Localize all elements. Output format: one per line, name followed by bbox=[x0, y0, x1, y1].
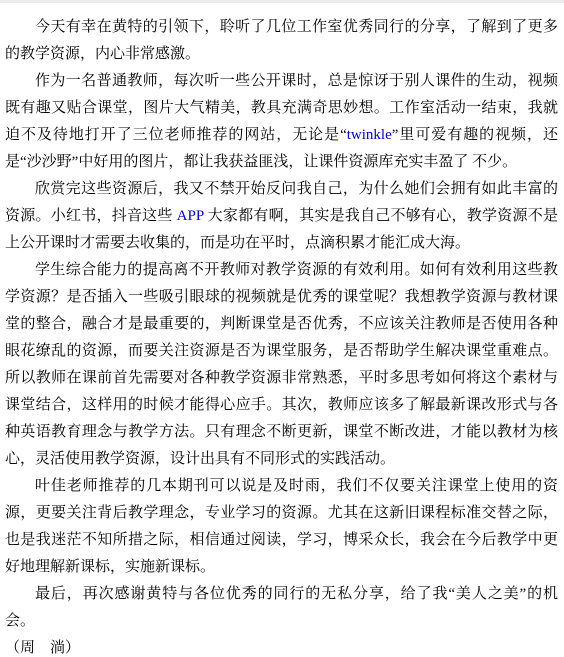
text-run: 学生综合能力的提高离不开教师对教学资源的有效利用。如何有效利用这些教学资源？是否… bbox=[5, 262, 558, 467]
paragraph: 作为一名普通教师，每次听一些公开课时，总是惊讶于别人课件的生动，视频既有趣又贴合… bbox=[5, 68, 558, 176]
text-run: 最后，再次感谢黄特与各位优秀的同行的无私分享，给了我“美人之美”的机会。 bbox=[5, 586, 558, 629]
highlighted-term: twinkle bbox=[347, 127, 392, 143]
text-run: 叶佳老师推荐的几本期刊可以说是及时雨，我们不仅要关注课堂上使用的资源，更要关注背… bbox=[5, 478, 558, 575]
paragraph: 最后，再次感谢黄特与各位优秀的同行的无私分享，给了我“美人之美”的机会。 bbox=[5, 581, 558, 635]
document-body: 今天有幸在黄特的引领下，聆听了几位工作室优秀同行的分享，了解到了更多的教学资源，… bbox=[5, 14, 558, 657]
document-page: 今天有幸在黄特的引领下，聆听了几位工作室优秀同行的分享，了解到了更多的教学资源，… bbox=[0, 3, 564, 657]
paragraph: 叶佳老师推荐的几本期刊可以说是及时雨，我们不仅要关注课堂上使用的资源，更要关注背… bbox=[5, 473, 558, 581]
paragraph: 今天有幸在黄特的引领下，聆听了几位工作室优秀同行的分享，了解到了更多的教学资源，… bbox=[5, 14, 558, 68]
paragraph: 学生综合能力的提高离不开教师对教学资源的有效利用。如何有效利用这些教学资源？是否… bbox=[5, 257, 558, 473]
highlighted-term: APP bbox=[177, 208, 204, 224]
paragraph: 欣赏完这些资源后，我又不禁开始反问我自己，为什么她们会拥有如此丰富的资源。小红书… bbox=[5, 176, 558, 257]
paragraph: （周 淌） bbox=[5, 635, 558, 657]
text-run: （周 淌） bbox=[5, 640, 80, 656]
text-run: 今天有幸在黄特的引领下，聆听了几位工作室优秀同行的分享，了解到了更多的教学资源，… bbox=[5, 19, 558, 62]
